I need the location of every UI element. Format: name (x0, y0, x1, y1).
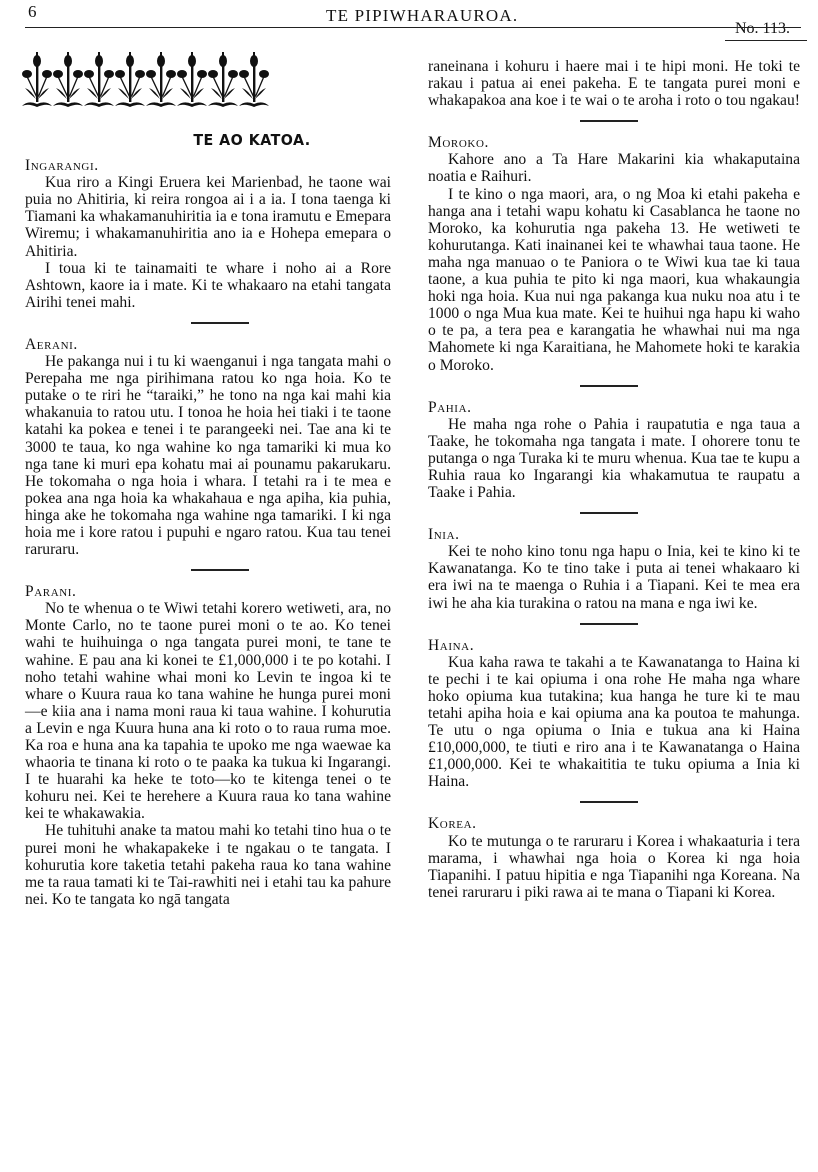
article-paragraph: He tuhituhi anake ta matou mahi ko tetah… (25, 822, 391, 907)
article-paragraph: He pakanga nui i tu ki waenganui i nga t… (25, 353, 391, 558)
article-paragraph: I toua ki te tainamaiti te whare i noho … (25, 260, 391, 311)
article-separator (580, 512, 638, 514)
left-column: TE AO KATOA. Ingarangi. Kua riro a Kingi… (25, 132, 391, 908)
right-column: raneinana i kohuru i haere mai i te hipi… (428, 58, 800, 901)
article-heading-moroko: Moroko. (428, 134, 800, 151)
flower-icon (115, 52, 145, 110)
article-paragraph: He maha nga rohe o Pahia i raupatutia e … (428, 416, 800, 501)
continuation-paragraph: raneinana i kohuru i haere mai i te hipi… (428, 58, 800, 109)
article-separator (580, 801, 638, 803)
article-paragraph: I te kino o nga maori, ara, o ng Moa ki … (428, 186, 800, 374)
article-separator (580, 385, 638, 387)
publication-title: TE PIPIWHARAUROA. (326, 6, 518, 26)
flower-icon (208, 52, 238, 110)
article-heading-parani: Parani. (25, 583, 391, 600)
article-heading-ingarangi: Ingarangi. (25, 157, 391, 174)
section-title: TE AO KATOA. (120, 132, 384, 149)
article-heading-inia: Inia. (428, 526, 800, 543)
article-paragraph: Kua riro a Kingi Eruera kei Marienbad, h… (25, 174, 391, 259)
article-separator (580, 623, 638, 625)
article-paragraph: Kahore ano a Ta Hare Makarini kia whakap… (428, 151, 800, 185)
issue-number: No. 113. (735, 20, 790, 38)
flower-icon (22, 52, 52, 110)
flower-icon (84, 52, 114, 110)
article-paragraph: No te whenua o te Wiwi tetahi korero wet… (25, 600, 391, 822)
issue-rule (725, 40, 807, 41)
article-heading-aerani: Aerani. (25, 336, 391, 353)
article-heading-korea: Korea. (428, 815, 800, 832)
flower-icon (177, 52, 207, 110)
article-separator (191, 322, 249, 324)
article-paragraph: Kei te noho kino tonu nga hapu o Inia, k… (428, 543, 800, 611)
flower-icon (146, 52, 176, 110)
article-heading-pahia: Pahia. (428, 399, 800, 416)
flower-border-ornament (22, 52, 264, 110)
article-paragraph: Ko te mutunga o te raruraru i Korea i wh… (428, 833, 800, 901)
article-paragraph: Kua kaha rawa te takahi a te Kawanatanga… (428, 654, 800, 791)
flower-icon (53, 52, 83, 110)
page-number: 6 (28, 2, 37, 22)
article-separator (580, 120, 638, 122)
flower-icon (239, 52, 269, 110)
header-rule (25, 27, 801, 28)
article-separator (191, 569, 249, 571)
article-heading-haina: Haina. (428, 637, 800, 654)
